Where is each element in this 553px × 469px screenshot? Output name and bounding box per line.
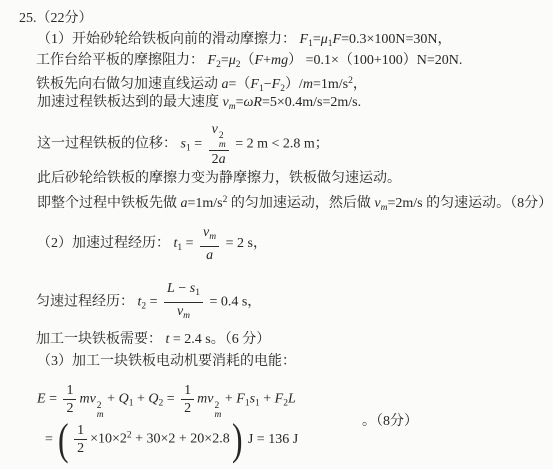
score-note-part3: 。（8分） — [362, 411, 418, 432]
line-displacement-formula: 这一过程铁板的位移： s1 = v2m2a = 2 m < 2.8 m； — [37, 121, 329, 168]
line-max-speed: 加速过程铁板达到的最大速度 vm=ωR=5×0.4m/s=2m/s. — [37, 92, 361, 118]
line-energy-formula: E = 12mv2m + Q1 + Q2 = 12mv2m + F1s1 + F… — [37, 382, 296, 420]
line-static-friction: 此后砂轮给铁板的摩擦力变为静摩擦力，铁板做匀速运动。 — [37, 168, 401, 189]
line-part3-header: （3）加工一块铁板电动机要消耗的电能： — [37, 351, 296, 372]
line-accel-time-formula: （2）加速过程经历： t1 = vma = 2 s， — [37, 224, 267, 264]
line-energy-evaluation: = (12×10×22 + 30×2 + 20×2.8) J = 136 J — [45, 420, 298, 460]
line-uniform-time-formula: 匀速过程经历： t2 = L − s1vm = 0.4 s， — [36, 280, 261, 325]
problem-header: 25.（22分） — [19, 8, 93, 29]
line-process-summary: 即整个过程中铁板先做 a=1m/s2 的匀加速运动，然后做 vm=2m/s 的匀… — [37, 190, 552, 219]
line-total-time: 加工一块铁板需要： t = 2.4 s。（6 分） — [36, 329, 270, 350]
scanned-solution-page: 25.（22分） （1）开始砂轮给铁板向前的滑动摩擦力： F1=μ1F=0.3×… — [0, 0, 553, 469]
